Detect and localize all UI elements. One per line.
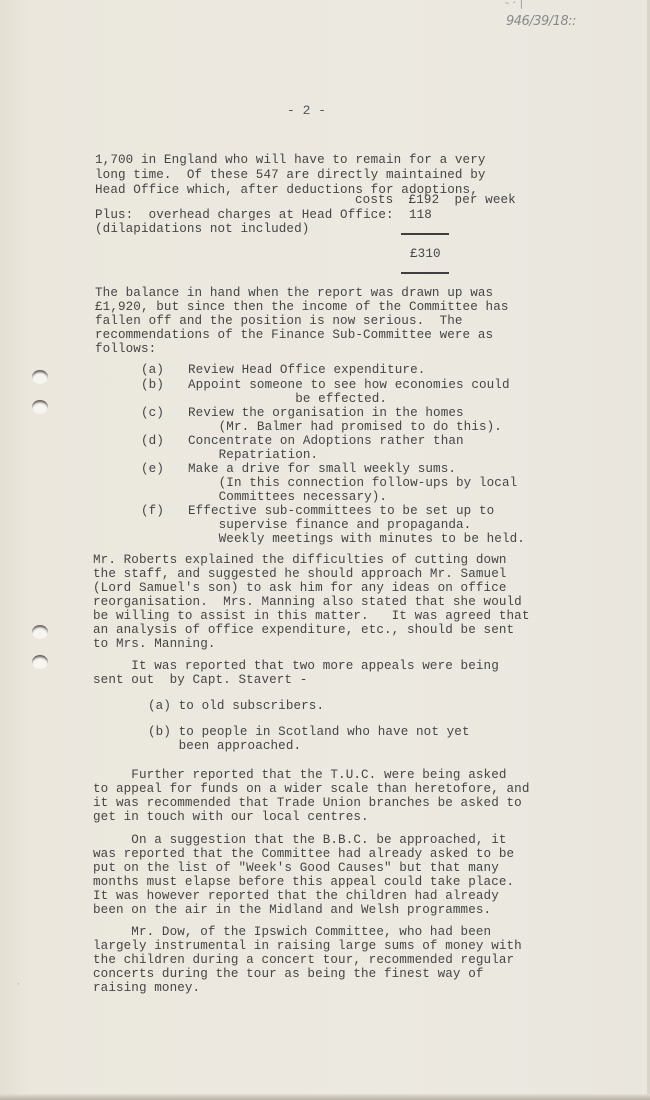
rec-text: Effective sub-committees to be set up to xyxy=(188,504,494,519)
appeal-item: (b) to people in Scotland who have not y… xyxy=(148,725,470,740)
text-line: fallen off and the position is now serio… xyxy=(95,314,463,329)
punch-hole-icon xyxy=(32,655,48,669)
text-line: Further reported that the T.U.C. were be… xyxy=(93,768,507,783)
rec-label: (f) xyxy=(141,504,164,519)
text-line: it was recommended that Trade Union bran… xyxy=(93,796,522,811)
sum-rule xyxy=(401,233,449,235)
text-line: sent out by Capt. Stavert - xyxy=(93,673,307,688)
text-line: It was however reported that the childre… xyxy=(93,889,499,904)
text-line: Mr. Dow, of the Ipswich Committee, who h… xyxy=(93,925,491,940)
punch-hole-icon xyxy=(32,370,48,384)
text-line: put on the list of "Week's Good Causes" … xyxy=(93,861,499,876)
costs-line: costs £192 per week xyxy=(355,193,516,208)
appeal-item: (a) to old subscribers. xyxy=(148,699,324,714)
text-line: to Mrs. Manning. xyxy=(93,637,216,652)
margin-mark: · xyxy=(16,980,21,989)
text-line: reorganisation. Mrs. Manning also stated… xyxy=(93,595,522,610)
rec-label: (d) xyxy=(141,434,164,449)
text-line: On a suggestion that the B.B.C. be appro… xyxy=(93,833,507,848)
rec-text: (Mr. Balmer had promised to do this). xyxy=(188,420,502,435)
text-line: get in touch with our local centres. xyxy=(93,810,369,825)
text-line: months must elapse before this appeal co… xyxy=(93,875,514,890)
rec-text: Review the organisation in the homes xyxy=(188,406,464,421)
rec-text: supervise finance and propaganda. xyxy=(188,518,471,533)
text-line: the staff, and suggested he should appro… xyxy=(93,567,507,582)
punch-hole-icon xyxy=(32,400,48,414)
total-amount: £310 xyxy=(410,247,441,262)
document-page: - · | 946/39/18:: · - 2 - 1,700 in Engla… xyxy=(0,0,650,1100)
rec-text: be effected. xyxy=(188,392,387,407)
text-line: Mr. Roberts explained the difficulties o… xyxy=(93,553,507,568)
text-line: been on the air in the Midland and Welsh… xyxy=(93,903,491,918)
rec-label: (a) xyxy=(141,363,164,378)
text-line: long time. Of these 547 are directly mai… xyxy=(95,168,486,183)
text-line: be willing to assist in this matter. It … xyxy=(93,609,529,624)
rec-label: (e) xyxy=(141,462,164,477)
text-line: an analysis of office expenditure, etc.,… xyxy=(93,623,514,638)
text-line: recommendations of the Finance Sub-Commi… xyxy=(95,328,493,343)
rec-text: Weekly meetings with minutes to be held. xyxy=(188,532,525,547)
rec-text: Committees necessary). xyxy=(188,490,387,505)
text-line: 1,700 in England who will have to remain… xyxy=(95,153,486,168)
overhead-line: Plus: overhead charges at Head Office: 1… xyxy=(95,208,432,223)
rec-text: (In this connection follow-ups by local xyxy=(188,476,517,491)
text-line: The balance in hand when the report was … xyxy=(95,286,493,301)
rec-text: Review Head Office expenditure. xyxy=(188,363,425,378)
archive-reference: 946/39/18:: xyxy=(506,14,576,29)
rec-label: (b) xyxy=(141,378,164,393)
rec-text: Concentrate on Adoptions rather than xyxy=(188,434,464,449)
sum-rule xyxy=(401,272,449,274)
rec-label: (c) xyxy=(141,406,164,421)
text-line: concerts during the tour as being the fi… xyxy=(93,967,484,982)
punch-hole-icon xyxy=(32,625,48,639)
text-line: (dilapidations not included) xyxy=(95,222,309,237)
text-line: largely instrumental in raising large su… xyxy=(93,939,522,954)
archive-mark-fragment: - · | xyxy=(505,0,523,9)
text-line: the children during a concert tour, reco… xyxy=(93,953,514,968)
rec-text: Make a drive for small weekly sums. xyxy=(188,462,456,477)
appeal-item: been approached. xyxy=(148,739,301,754)
text-line: raising money. xyxy=(93,981,200,996)
text-line: £1,920, but since then the income of the… xyxy=(95,300,509,315)
text-line: to appeal for funds on a wider scale tha… xyxy=(93,782,529,797)
page-number: - 2 - xyxy=(287,103,326,118)
text-line: follows: xyxy=(95,342,156,357)
page-bottom-edge xyxy=(0,1094,650,1100)
text-line: was reported that the Committee had alre… xyxy=(93,847,514,862)
text-line: It was reported that two more appeals we… xyxy=(93,659,499,674)
text-line: (Lord Samuel's son) to ask him for any i… xyxy=(93,581,507,596)
rec-text: Appoint someone to see how economies cou… xyxy=(188,378,510,393)
rec-text: Repatriation. xyxy=(188,448,318,463)
